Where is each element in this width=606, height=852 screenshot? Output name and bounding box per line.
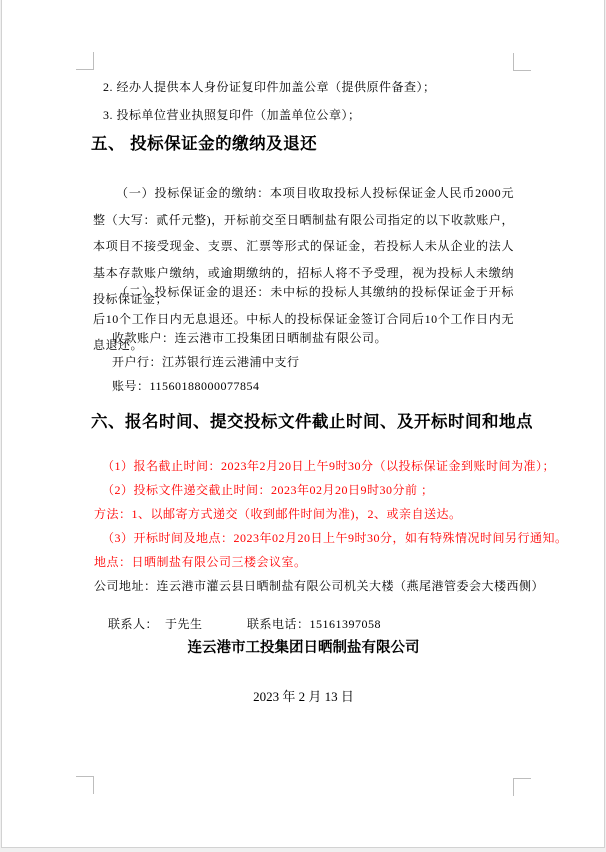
- section-five-heading: 五、 投标保证金的缴纳及退还: [91, 135, 317, 154]
- contact-person: 联系人： 于先生: [108, 617, 247, 631]
- account-number-line: 账号：11560188000077854: [112, 379, 260, 393]
- section-six-heading: 六、报名时间、提交投标文件截止时间、及开标时间和地点: [91, 413, 533, 432]
- bank-branch-line: 开户行：江苏银行连云港浦中支行: [112, 355, 300, 369]
- contact-phone: 联系电话：15161397058: [247, 617, 381, 631]
- contact-line: 联系人： 于先生联系电话：15161397058: [94, 603, 381, 645]
- bid-opening-place-line: 地点：日晒制盐有限公司三楼会议室。: [94, 555, 307, 569]
- submission-methods-line: 方法：1、以邮寄方式递交（收到邮件时间为准)，2、或亲自送达。: [94, 507, 462, 521]
- crop-mark-top-right: [513, 53, 531, 71]
- list-item-3: 3. 投标单位营业执照复印件（加盖单位公章）；: [103, 108, 361, 122]
- signature-date: 2023 年 2 月 13 日: [93, 689, 514, 704]
- bid-bond-refund-paragraph: （二）投标保证金的退还：未中标的投标人其缴纳的投标保证金于开标后10个工作日内无…: [93, 279, 514, 359]
- bid-opening-time-line: （3）开标时间及地点：2023年02月20日上午9时30分，如有特殊情况时间另行…: [102, 531, 568, 545]
- submission-deadline-line: （2）投标文件递交截止时间：2023年02月20日9时30分前 ；: [102, 483, 434, 497]
- crop-mark-bottom-right: [513, 778, 531, 796]
- crop-mark-bottom-left: [76, 776, 94, 794]
- company-address-line: 公司地址：连云港市灌云县日晒制盐有限公司机关大楼（燕尾港管委会大楼西侧）: [94, 579, 544, 593]
- payee-account-line: 收款账户：连云港市工投集团日晒制盐有限公司。: [112, 331, 387, 345]
- crop-mark-top-left: [76, 52, 94, 70]
- document-view: 2. 经办人提供本人身份证复印件加盖公章（提供原件备查）； 3. 投标单位营业执…: [0, 0, 606, 852]
- registration-deadline-line: （1）报名截止时间：2023年2月20日上午9时30分（以投标保证金到账时间为准…: [102, 459, 555, 473]
- signature-company-name: 连云港市工投集团日晒制盐有限公司: [93, 640, 514, 657]
- list-item-2: 2. 经办人提供本人身份证复印件加盖公章（提供原件备查）；: [103, 80, 436, 94]
